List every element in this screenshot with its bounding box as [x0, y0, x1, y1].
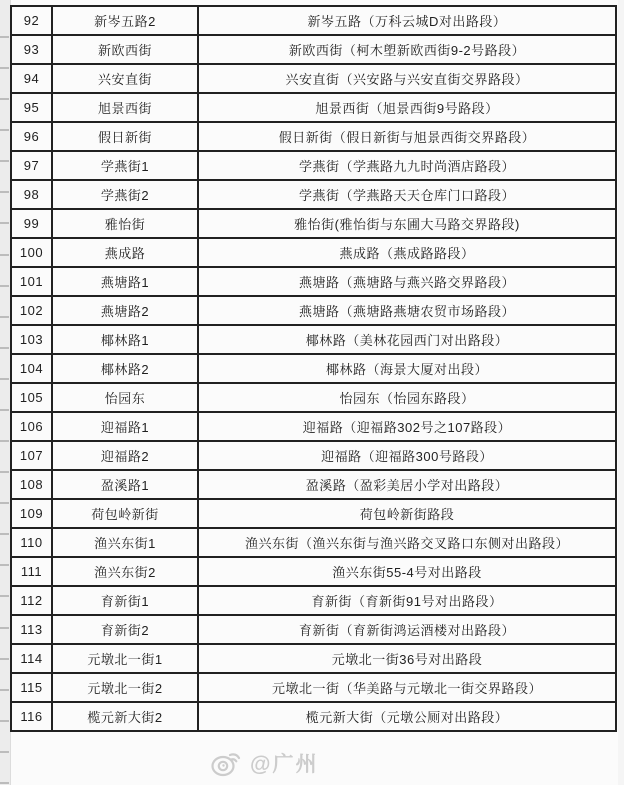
street-desc: 育新街（育新街鸿运酒楼对出路段）: [198, 615, 616, 644]
table-row: 105怡园东怡园东（怡园东路段）: [11, 383, 616, 412]
row-number: 98: [11, 180, 52, 209]
street-desc: 燕成路（燕成路路段）: [198, 238, 616, 267]
row-number: 105: [11, 383, 52, 412]
street-desc: 盈溪路（盈彩美居小学对出路段）: [198, 470, 616, 499]
street-name: 椰林路2: [52, 354, 198, 383]
street-desc: 燕塘路（燕塘路与燕兴路交界路段）: [198, 267, 616, 296]
table-row: 96假日新街假日新街（假日新街与旭景西街交界路段）: [11, 122, 616, 151]
street-name: 燕成路: [52, 238, 198, 267]
street-desc: 学燕街（学燕路天天仓库门口路段）: [198, 180, 616, 209]
sheet-gridline: [0, 720, 9, 722]
row-number: 110: [11, 528, 52, 557]
street-desc: 迎福路（迎福路302号之107路段）: [198, 412, 616, 441]
sheet-gridline: [0, 67, 9, 69]
sheet-gridline: [0, 222, 9, 224]
sheet-gridline: [0, 347, 9, 349]
table-row: 113育新街2育新街（育新街鸿运酒楼对出路段）: [11, 615, 616, 644]
sheet-gridline: [0, 782, 9, 784]
street-desc: 旭景西街（旭景西街9号路段）: [198, 93, 616, 122]
row-number: 94: [11, 64, 52, 93]
row-number: 115: [11, 673, 52, 702]
table-row: 103椰林路1椰林路（美林花园西门对出路段）: [11, 325, 616, 354]
table-row: 93新欧西街新欧西街（柯木塱新欧西街9-2号路段）: [11, 35, 616, 64]
street-name: 学燕街2: [52, 180, 198, 209]
street-desc: 新欧西街（柯木塱新欧西街9-2号路段）: [198, 35, 616, 64]
sheet-gridline: [0, 533, 9, 535]
sheet-gridline: [0, 378, 9, 380]
row-number: 103: [11, 325, 52, 354]
table-row: 107迎福路2迎福路（迎福路300号路段）: [11, 441, 616, 470]
row-number: 112: [11, 586, 52, 615]
weibo-icon: [210, 748, 244, 778]
table-row: 116榄元新大街2榄元新大街（元墩公厕对出路段）: [11, 702, 616, 731]
row-number: 92: [11, 6, 52, 35]
street-desc: 迎福路（迎福路300号路段）: [198, 441, 616, 470]
table-row: 97学燕街1学燕街（学燕路九九时尚酒店路段）: [11, 151, 616, 180]
row-number: 113: [11, 615, 52, 644]
sheet-gridline: [0, 36, 9, 38]
table-row: 94兴安直街兴安直街（兴安路与兴安直街交界路段）: [11, 64, 616, 93]
sheet-gridline: [0, 595, 9, 597]
street-name: 兴安直街: [52, 64, 198, 93]
street-name: 渔兴东街2: [52, 557, 198, 586]
street-desc: 榄元新大街（元墩公厕对出路段）: [198, 702, 616, 731]
street-name: 旭景西街: [52, 93, 198, 122]
street-desc: 假日新街（假日新街与旭景西街交界路段）: [198, 122, 616, 151]
street-name: 雅怡街: [52, 209, 198, 238]
sheet-gridline: [0, 285, 9, 287]
table-row: 104椰林路2椰林路（海景大厦对出段）: [11, 354, 616, 383]
sheet-gridline: [0, 502, 9, 504]
row-number: 104: [11, 354, 52, 383]
sheet-gridline: [0, 751, 9, 753]
row-number: 96: [11, 122, 52, 151]
row-number: 101: [11, 267, 52, 296]
sheet-gridline: [0, 658, 9, 660]
table-row: 102燕塘路2燕塘路（燕塘路燕塘农贸市场路段）: [11, 296, 616, 325]
street-name: 渔兴东街1: [52, 528, 198, 557]
row-number: 100: [11, 238, 52, 267]
table-row: 114元墩北一街1元墩北一街36号对出路段: [11, 644, 616, 673]
page: @广州 92新岑五路2新岑五路（万科云城D对出路段）93新欧西街新欧西街（柯木塱…: [0, 0, 624, 785]
table-row: 110渔兴东街1渔兴东街（渔兴东街与渔兴路交叉路口东侧对出路段）: [11, 528, 616, 557]
table-row: 106迎福路1迎福路（迎福路302号之107路段）: [11, 412, 616, 441]
street-desc: 育新街（育新街91号对出路段）: [198, 586, 616, 615]
table-row: 92新岑五路2新岑五路（万科云城D对出路段）: [11, 6, 616, 35]
street-desc: 燕塘路（燕塘路燕塘农贸市场路段）: [198, 296, 616, 325]
sheet-gridline: [0, 191, 9, 193]
street-desc: 椰林路（海景大厦对出段）: [198, 354, 616, 383]
row-number: 99: [11, 209, 52, 238]
street-name: 育新街2: [52, 615, 198, 644]
sheet-gridline: [0, 689, 9, 691]
street-name: 元墩北一街2: [52, 673, 198, 702]
sheet-gridline: [0, 254, 9, 256]
weibo-watermark: @广州: [210, 748, 318, 778]
row-number: 97: [11, 151, 52, 180]
street-desc: 荷包岭新街路段: [198, 499, 616, 528]
table-row: 99雅怡街雅怡街(雅怡街与东圃大马路交界路段): [11, 209, 616, 238]
sheet-gridline: [0, 440, 9, 442]
street-name: 学燕街1: [52, 151, 198, 180]
street-desc: 元墩北一街36号对出路段: [198, 644, 616, 673]
row-number: 114: [11, 644, 52, 673]
sheet-gridline: [0, 160, 9, 162]
row-number: 93: [11, 35, 52, 64]
street-name: 怡园东: [52, 383, 198, 412]
street-name: 迎福路2: [52, 441, 198, 470]
street-desc: 渔兴东街55-4号对出路段: [198, 557, 616, 586]
table-row: 101燕塘路1燕塘路（燕塘路与燕兴路交界路段）: [11, 267, 616, 296]
table-row: 112育新街1育新街（育新街91号对出路段）: [11, 586, 616, 615]
row-number: 106: [11, 412, 52, 441]
table-body: 92新岑五路2新岑五路（万科云城D对出路段）93新欧西街新欧西街（柯木塱新欧西街…: [11, 6, 616, 731]
street-name: 迎福路1: [52, 412, 198, 441]
table-row: 111渔兴东街2渔兴东街55-4号对出路段: [11, 557, 616, 586]
sheet-edge-right: [618, 0, 624, 785]
street-desc: 椰林路（美林花园西门对出路段）: [198, 325, 616, 354]
sheet-gridline: [0, 409, 9, 411]
street-desc: 怡园东（怡园东路段）: [198, 383, 616, 412]
sheet-gridline: [0, 316, 9, 318]
table-row: 98学燕街2学燕街（学燕路天天仓库门口路段）: [11, 180, 616, 209]
street-name: 燕塘路1: [52, 267, 198, 296]
table-row: 100燕成路燕成路（燕成路路段）: [11, 238, 616, 267]
street-desc: 元墩北一街（华美路与元墩北一街交界路段）: [198, 673, 616, 702]
row-number: 107: [11, 441, 52, 470]
table-row: 95旭景西街旭景西街（旭景西街9号路段）: [11, 93, 616, 122]
street-name: 新欧西街: [52, 35, 198, 64]
street-name: 假日新街: [52, 122, 198, 151]
street-name: 元墩北一街1: [52, 644, 198, 673]
street-name: 育新街1: [52, 586, 198, 615]
row-number: 116: [11, 702, 52, 731]
sheet-gridline: [0, 471, 9, 473]
street-desc: 学燕街（学燕路九九时尚酒店路段）: [198, 151, 616, 180]
sheet-gridline: [0, 129, 9, 131]
street-name: 荷包岭新街: [52, 499, 198, 528]
street-name: 榄元新大街2: [52, 702, 198, 731]
street-desc: 兴安直街（兴安路与兴安直街交界路段）: [198, 64, 616, 93]
street-desc: 雅怡街(雅怡街与东圃大马路交界路段): [198, 209, 616, 238]
street-name: 新岑五路2: [52, 6, 198, 35]
row-number: 102: [11, 296, 52, 325]
sheet-gridline: [0, 627, 9, 629]
street-name: 椰林路1: [52, 325, 198, 354]
street-table: 92新岑五路2新岑五路（万科云城D对出路段）93新欧西街新欧西街（柯木塱新欧西街…: [10, 5, 617, 732]
street-name: 盈溪路1: [52, 470, 198, 499]
row-number: 108: [11, 470, 52, 499]
street-name: 燕塘路2: [52, 296, 198, 325]
street-desc: 新岑五路（万科云城D对出路段）: [198, 6, 616, 35]
table-row: 108盈溪路1盈溪路（盈彩美居小学对出路段）: [11, 470, 616, 499]
sheet-gridline: [0, 98, 9, 100]
table-row: 115元墩北一街2元墩北一街（华美路与元墩北一街交界路段）: [11, 673, 616, 702]
table-row: 109荷包岭新街荷包岭新街路段: [11, 499, 616, 528]
row-number: 95: [11, 93, 52, 122]
street-desc: 渔兴东街（渔兴东街与渔兴路交叉路口东侧对出路段）: [198, 528, 616, 557]
row-number: 111: [11, 557, 52, 586]
sheet-gridline: [0, 564, 9, 566]
row-number: 109: [11, 499, 52, 528]
watermark-text: @广州: [250, 748, 318, 778]
